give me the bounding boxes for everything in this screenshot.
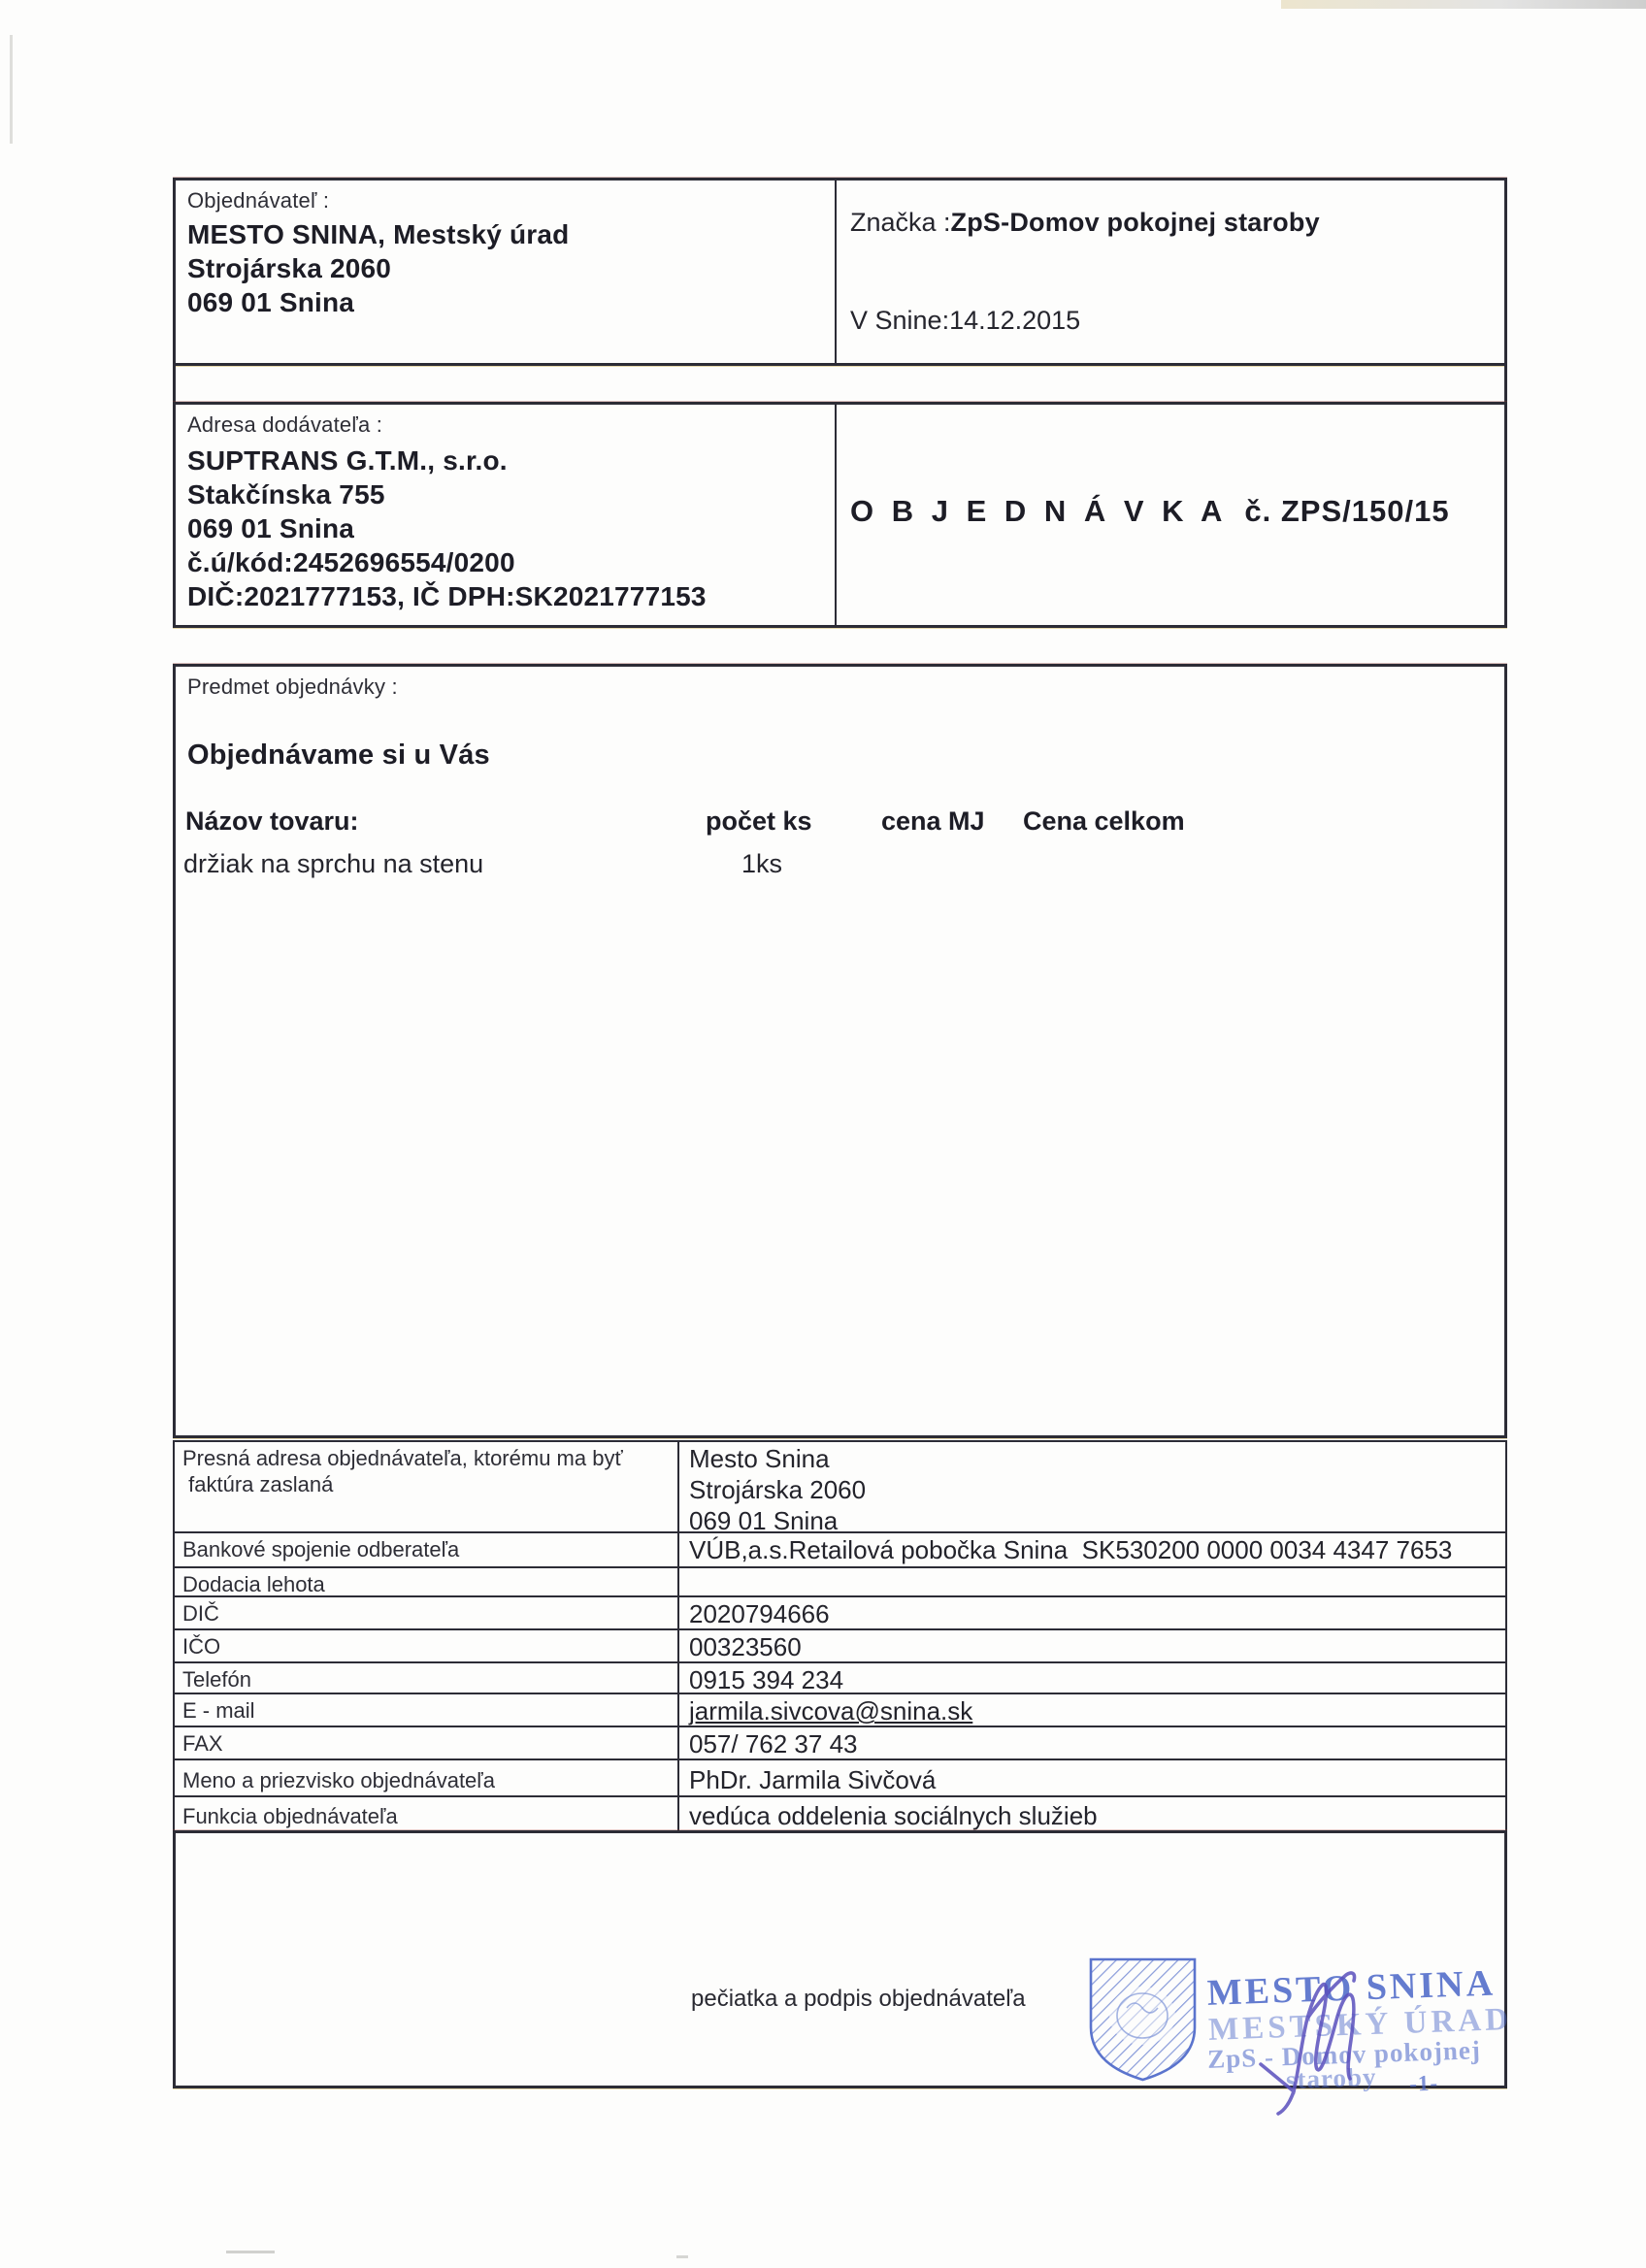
row-value: PhDr. Jarmila Sivčová (689, 1765, 936, 1794)
reference-value: ZpS-Domov pokojnej staroby (951, 208, 1320, 237)
order-title-cell: O B J E D N Á V K Ač. ZPS/150/15 (837, 405, 1504, 625)
table-row-orderer-function: Funkcia objednávateľa vedúca oddelenia s… (175, 1795, 1505, 1830)
supplier-box: Adresa dodávateľa : SUPTRANS G.T.M., s.r… (173, 402, 1507, 628)
details-table: Presná adresa objednávateľa, ktorému ma … (173, 1440, 1507, 1832)
buyer-cell: Objednávateľ : MESTO SNINA, Mestský úrad… (176, 181, 835, 363)
column-header-name: Názov tovaru: (185, 806, 359, 837)
supplier-street: Stakčínska 755 (187, 477, 823, 511)
row-label: Dodacia lehota (182, 1572, 325, 1596)
table-row-delivery-term: Dodacia lehota (175, 1566, 1505, 1595)
order-title-word: O B J E D N Á V K A (850, 494, 1227, 528)
row-label: DIČ (182, 1601, 219, 1626)
row-value: VÚB,a.s.Retailová pobočka Snina SK530200… (689, 1535, 1452, 1564)
buyer-label: Objednávateľ : (187, 188, 823, 214)
column-header-total: Cena celkom (1023, 806, 1185, 837)
table-row-dic: DIČ 2020794666 (175, 1595, 1505, 1628)
row-value: 2020794666 (689, 1599, 830, 1628)
row-label-line2: faktúra zaslaná (182, 1472, 333, 1496)
supplier-account: č.ú/kód:2452696554/0200 (187, 545, 823, 579)
item-qty: 1ks (741, 849, 782, 879)
form-spacer-row (173, 366, 1507, 402)
row-value: vedúca oddelenia sociálnych služieb (689, 1801, 1098, 1830)
subject-intro: Objednávame si u Vás (187, 739, 1493, 772)
table-row-email: E - mail jarmila.sivcova@snina.sk (175, 1693, 1505, 1726)
buyer-city: 069 01 Snina (187, 285, 823, 319)
row-value-line3: 069 01 Snina (689, 1506, 838, 1535)
column-header-qty: počet ks (706, 806, 812, 837)
row-label: Telefón (182, 1667, 251, 1692)
row-value: 0915 394 234 (689, 1665, 843, 1694)
row-label: Bankové spojenie odberateľa (182, 1537, 459, 1561)
buyer-name: MESTO SNINA, Mestský úrad (187, 217, 823, 251)
supplier-cell: Adresa dodávateľa : SUPTRANS G.T.M., s.r… (176, 405, 835, 625)
scanned-order-document: Objednávateľ : MESTO SNINA, Mestský úrad… (0, 0, 1646, 2268)
stamp-shield-icon (1091, 1959, 1195, 2080)
buyer-box: Objednávateľ : MESTO SNINA, Mestský úrad… (173, 178, 1507, 366)
subject-box: Predmet objednávky : Objednávame si u Vá… (173, 664, 1507, 1438)
stamp-and-signature: MESTO SNINA MESTSKÝ ÚRAD ZpS - Domov pok… (1063, 1926, 1519, 2130)
table-row-invoice-address: Presná adresa objednávateľa, ktorému ma … (175, 1442, 1505, 1531)
row-value: Mesto Snina (689, 1444, 830, 1473)
order-number: č. ZPS/150/15 (1244, 494, 1449, 528)
reference-cell: Značka :ZpS-Domov pokojnej staroby V Sni… (837, 181, 1504, 363)
row-value-line2: Strojárska 2060 (689, 1475, 866, 1504)
table-row-bank: Bankové spojenie odberateľa VÚB,a.s.Reta… (175, 1531, 1505, 1566)
scan-artifact-top-right (1281, 0, 1646, 9)
stamp-page-number: -1- (1409, 2071, 1439, 2096)
row-value: 057/ 762 37 43 (689, 1729, 858, 1759)
buyer-street: Strojárska 2060 (187, 251, 823, 285)
place-date: V Snine:14.12.2015 (850, 304, 1491, 337)
scan-artifact-left-edge (10, 35, 13, 144)
table-row-ico: IČO 00323560 (175, 1628, 1505, 1661)
row-label: E - mail (182, 1698, 255, 1723)
reference-label: Značka : (850, 208, 951, 237)
supplier-tax-ids: DIČ:2021777153, IČ DPH:SK2021777153 (187, 579, 823, 613)
supplier-city: 069 01 Snina (187, 511, 823, 545)
supplier-label: Adresa dodávateľa : (187, 412, 823, 438)
row-label: FAX (182, 1731, 223, 1756)
subject-label: Predmet objednávky : (187, 674, 1493, 700)
email-value: jarmila.sivcova@snina.sk (689, 1696, 972, 1726)
row-label: Presná adresa objednávateľa, ktorému ma … (182, 1446, 623, 1470)
row-label: Funkcia objednávateľa (182, 1804, 398, 1828)
table-row-fax: FAX 057/ 762 37 43 (175, 1726, 1505, 1759)
table-row-orderer-name: Meno a priezvisko objednávateľa PhDr. Ja… (175, 1759, 1505, 1795)
row-value: 00323560 (689, 1632, 802, 1661)
table-row-phone: Telefón 0915 394 234 (175, 1661, 1505, 1693)
row-label: IČO (182, 1634, 220, 1659)
row-label: Meno a priezvisko objednávateľa (182, 1768, 495, 1792)
scan-artifact-bottom-left (226, 2251, 275, 2253)
stamp-caption: pečiatka a podpis objednávateľa (691, 1986, 1026, 2013)
scan-artifact-bottom-center (676, 2255, 688, 2258)
column-header-unit-price: cena MJ (881, 806, 985, 837)
supplier-name: SUPTRANS G.T.M., s.r.o. (187, 444, 823, 477)
item-name: držiak na sprchu na stenu (183, 849, 483, 879)
